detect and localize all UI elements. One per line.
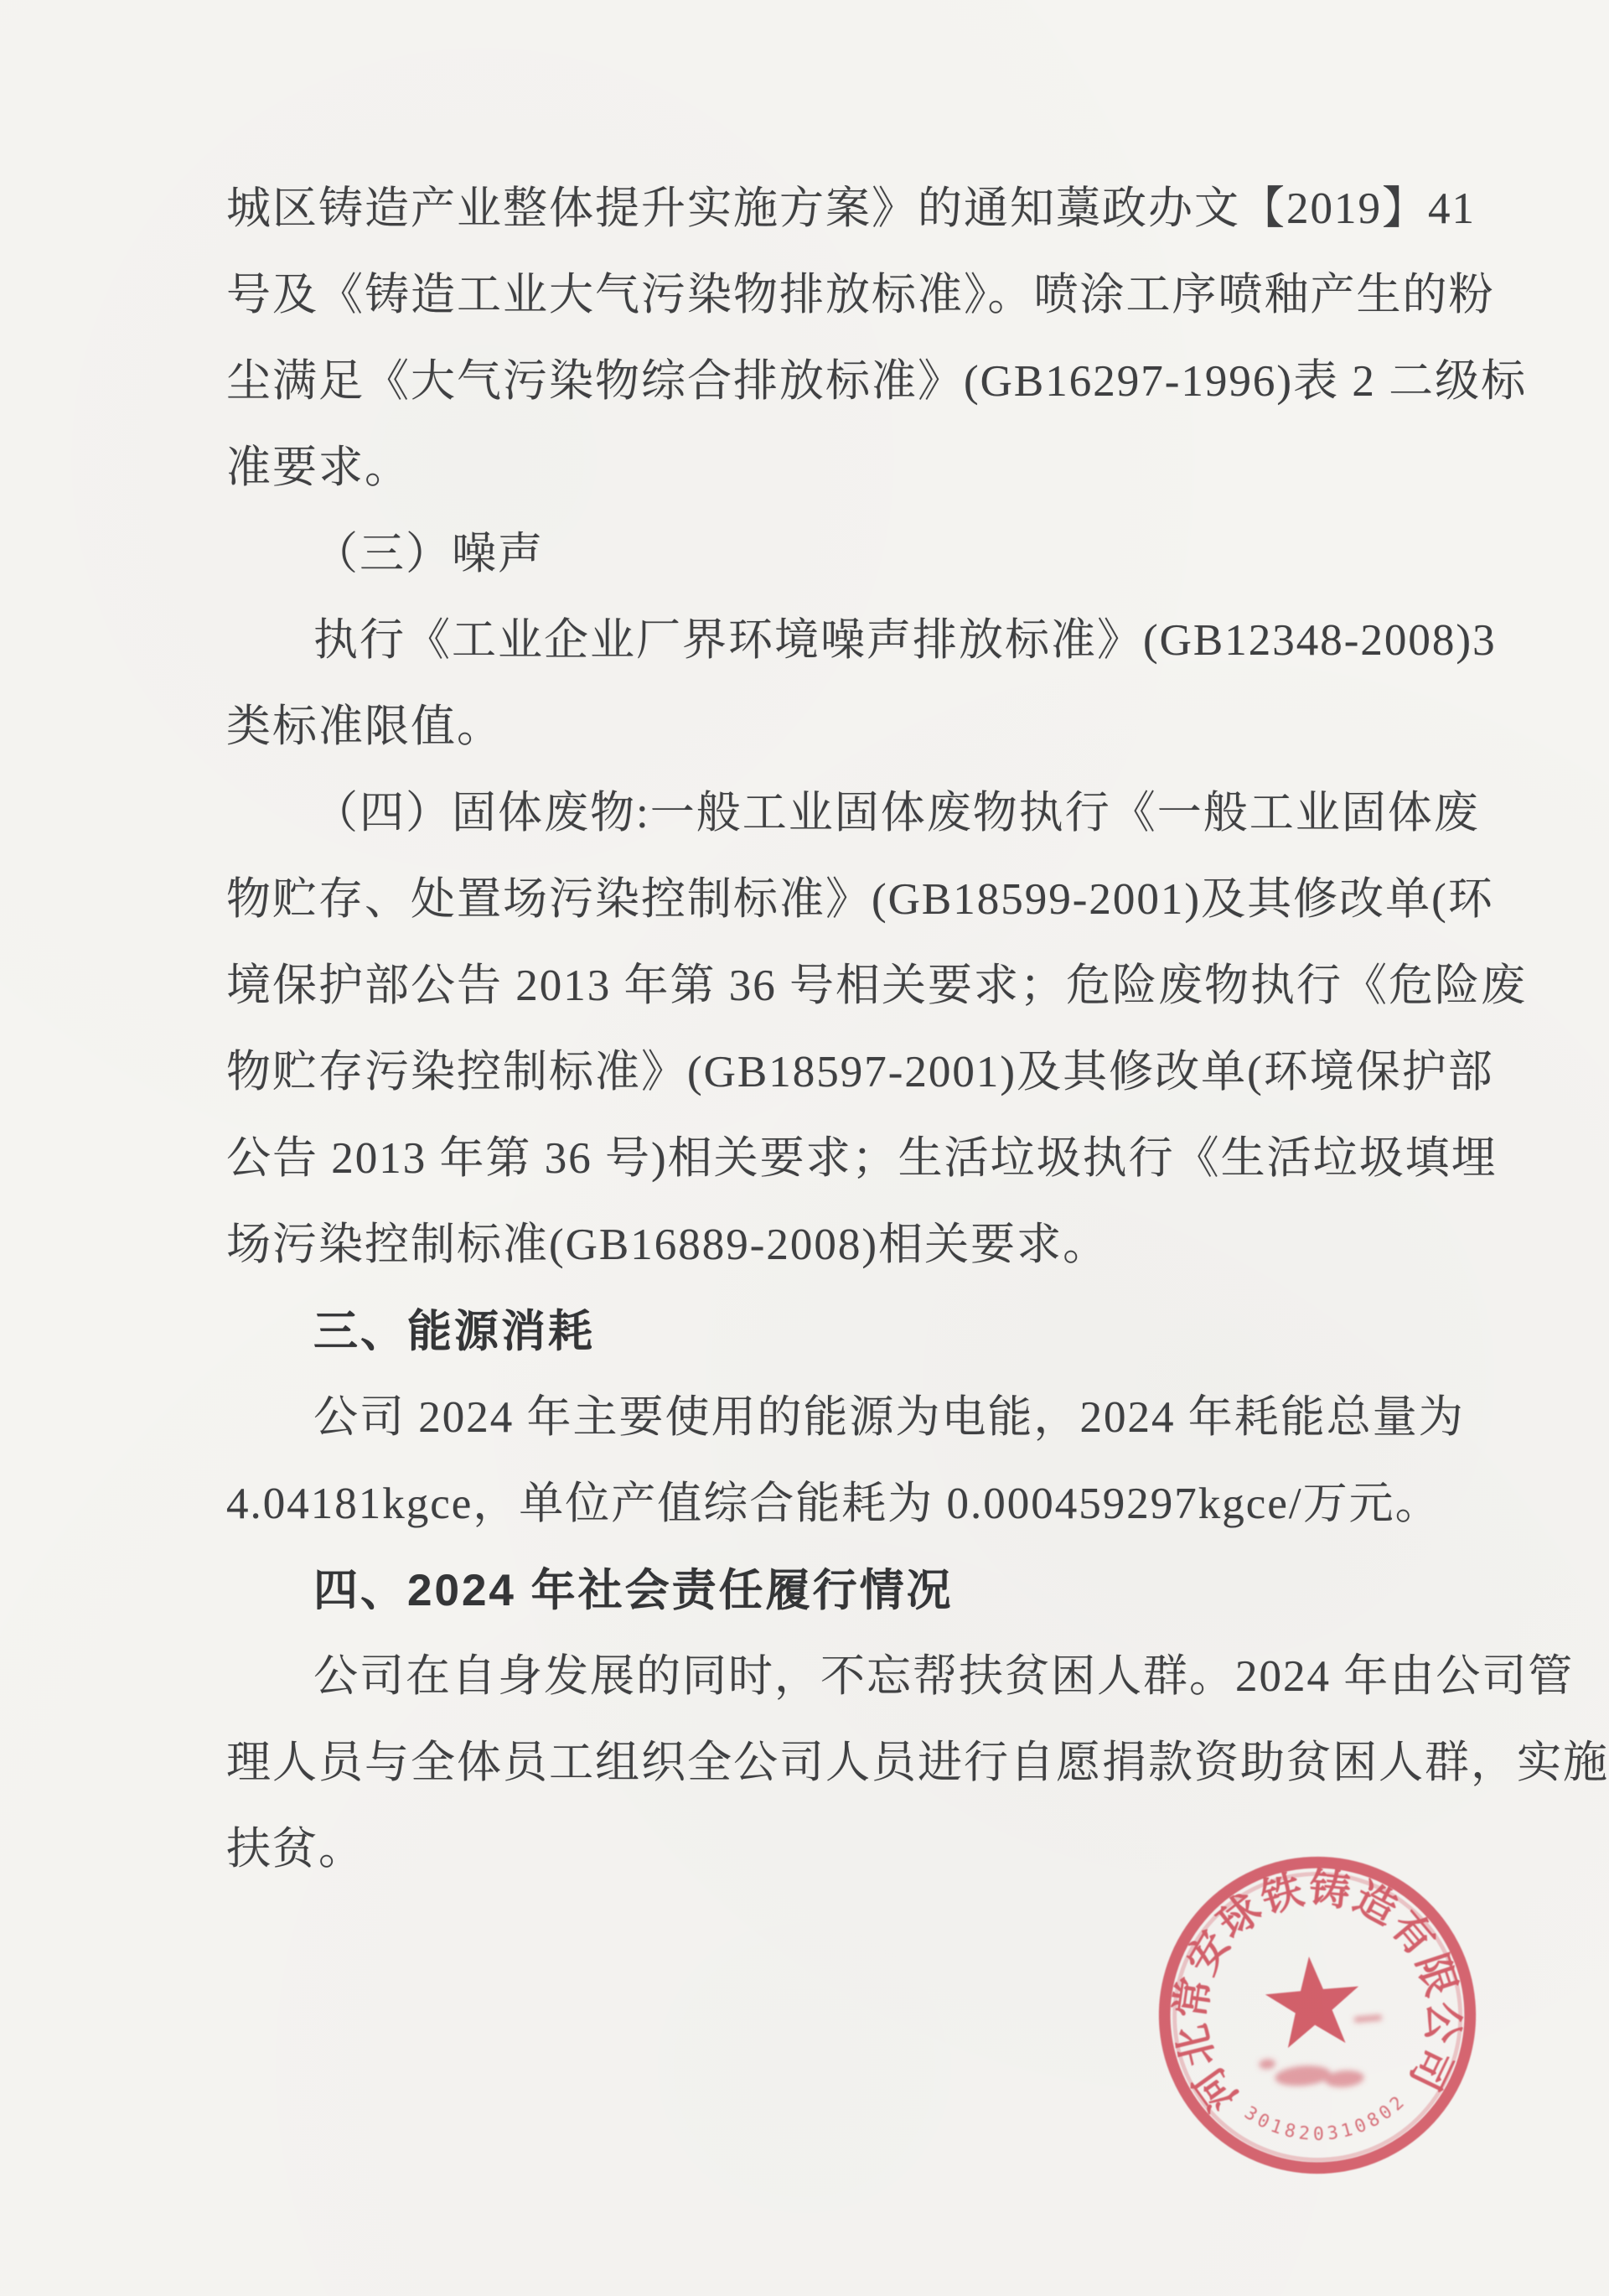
text-line: 公司 2024 年主要使用的能源为电能，2024 年耗能总量为	[226, 1375, 1508, 1461]
text-line: 尘满足《大气污染物综合排放标准》(GB16297-1996)表 2 二级标	[226, 339, 1508, 425]
text-line: 城区铸造产业整体提升实施方案》的通知藁政办文【2019】41	[226, 166, 1508, 252]
text-line: （四）固体废物:一般工业固体废物执行《一般工业固体废	[226, 770, 1508, 857]
text-line: 物贮存污染控制标准》(GB18597-2001)及其修改单(环境保护部	[226, 1029, 1508, 1116]
text-line: 准要求。	[226, 425, 1508, 511]
text-line: 4.04181kgce，单位产值综合能耗为 0.000459297kgce/万元…	[226, 1461, 1508, 1547]
text-line: 物贮存、处置场污染控制标准》(GB18599-2001)及其修改单(环	[226, 857, 1508, 943]
text-line: 场污染控制标准(GB16889-2008)相关要求。	[226, 1202, 1508, 1288]
text-line: 号及《铸造工业大气污染物排放标准》。喷涂工序喷釉产生的粉	[226, 252, 1508, 339]
text-line: 公司在自身发展的同时，不忘帮扶贫困人群。2024 年由公司管	[226, 1634, 1508, 1720]
seal-star	[1262, 1952, 1363, 2050]
section-heading-social-responsibility: 四、2024 年社会责任履行情况	[226, 1547, 1508, 1634]
seal-ink-dash	[1353, 2014, 1382, 2023]
text-line: 理人员与全体员工组织全公司人员进行自愿捐款资助贫困人群，实施	[226, 1720, 1508, 1806]
document-page: 城区铸造产业整体提升实施方案》的通知藁政办文【2019】41 号及《铸造工业大气…	[226, 166, 1508, 1893]
company-seal: 河北常安球铁铸造有限公司 13018203108028	[1140, 1837, 1496, 2194]
text-line: 境保护部公告 2013 年第 36 号相关要求；危险废物执行《危险废	[226, 943, 1508, 1029]
section-heading-energy: 三、能源消耗	[226, 1288, 1508, 1375]
seal-ink-smudge	[1259, 2059, 1276, 2070]
text-line: （三）噪声	[226, 511, 1508, 598]
seal-ink-smudge	[1275, 2064, 1332, 2088]
text-line: 类标准限值。	[226, 684, 1508, 770]
text-line: 执行《工业企业厂界环境噪声排放标准》(GB12348-2008)3	[226, 598, 1508, 684]
text-line: 公告 2013 年第 36 号)相关要求；生活垃圾执行《生活垃圾填埋	[226, 1116, 1508, 1202]
